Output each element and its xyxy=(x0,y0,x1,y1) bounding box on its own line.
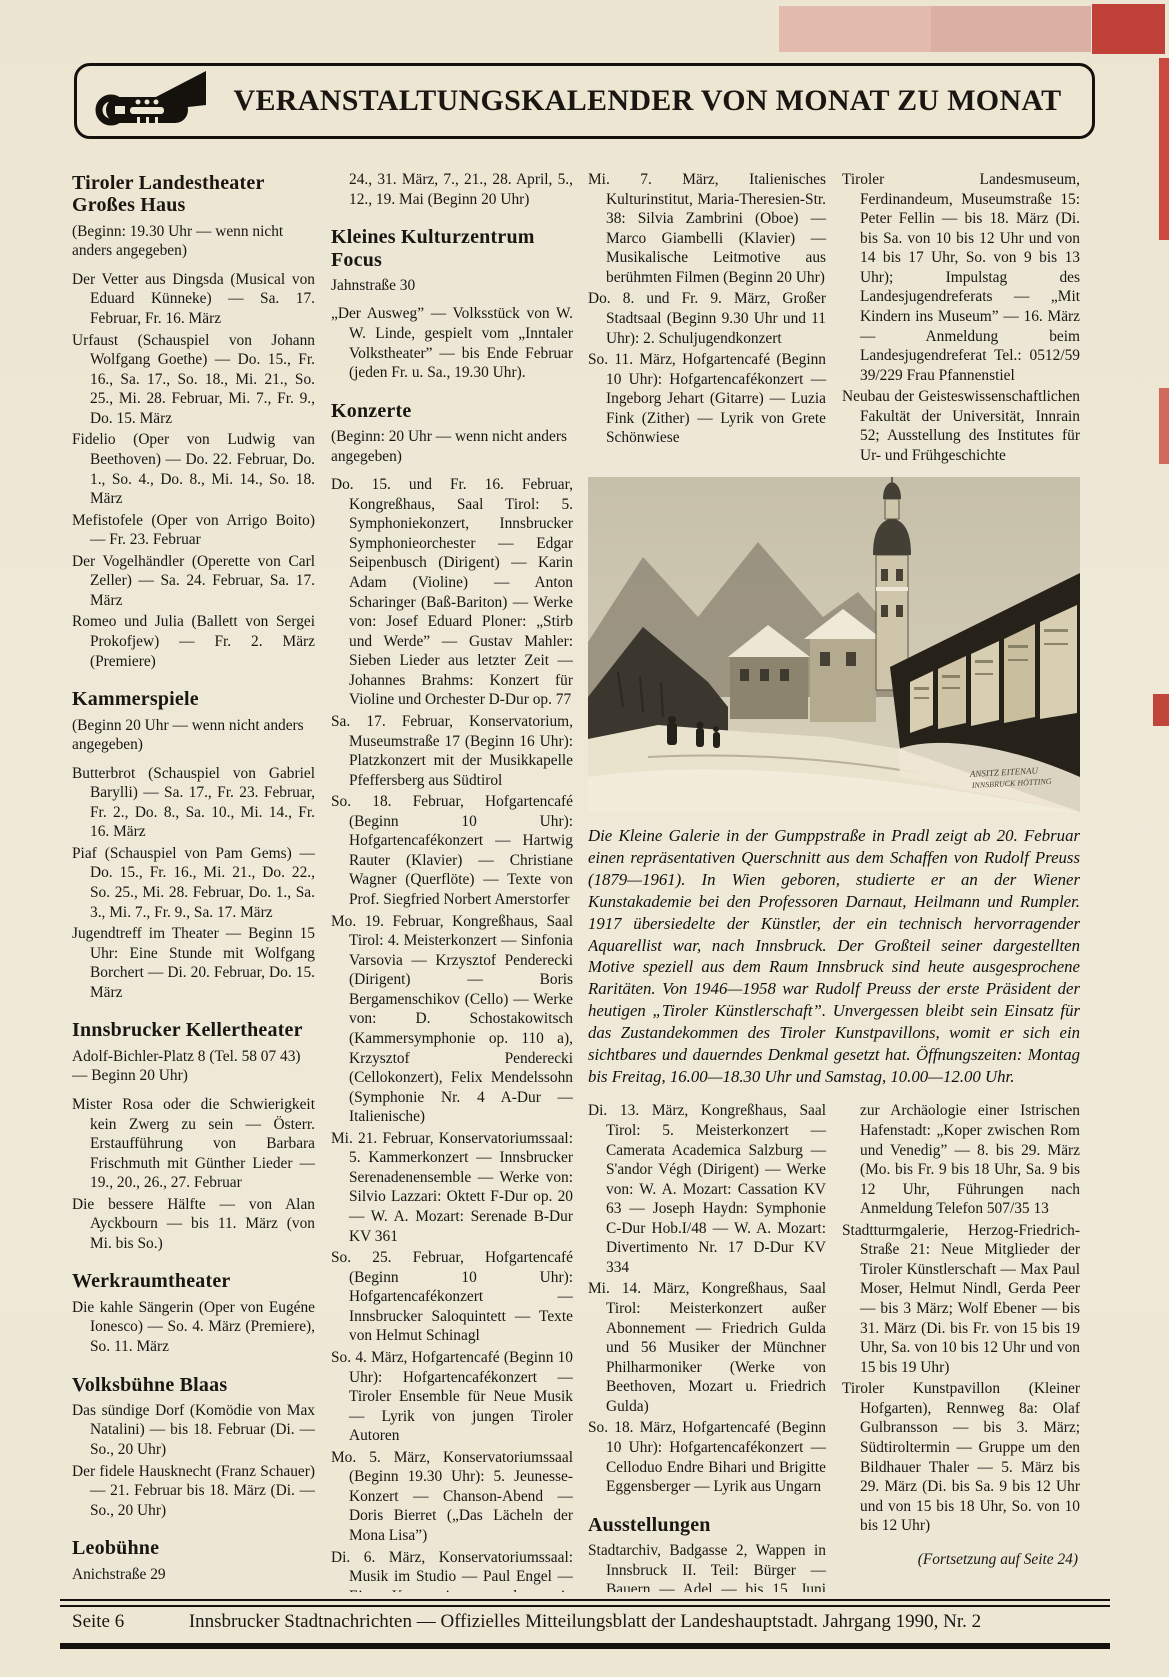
masthead: VERANSTALTUNGSKALENDER VON MONAT ZU MONA… xyxy=(74,63,1095,139)
page-number: Seite 6 xyxy=(72,1611,124,1633)
column-4-bottom: zur Archäologie einer Istrischen Hafenst… xyxy=(842,1101,1080,1592)
column-3-top: Mi. 7. März, Italienisches Kulturinstitu… xyxy=(588,170,826,467)
section-heading: Kammerspiele xyxy=(72,688,315,710)
section-werkraumtheater: Werkraumtheater Die kahle Sängerin (Oper… xyxy=(72,1270,315,1356)
scan-artifact xyxy=(1092,4,1165,54)
continuation-note: (Fortsetzung auf Seite 24) xyxy=(842,1550,1080,1570)
section-volksbuehne-blaas: Volksbühne Blaas Das sündige Dorf (Komöd… xyxy=(72,1374,315,1521)
event-entry: Fidelio (Oper von Ludwig van Beethoven) … xyxy=(72,430,315,508)
event-entry: Piaf (Schauspiel von Pam Gems) — Do. 15.… xyxy=(72,844,315,922)
section-note: (Beginn: 19.30 Uhr — wenn nicht anders a… xyxy=(72,222,315,261)
column-4-top: Tiroler Landesmuseum, Ferdinandeum, Muse… xyxy=(842,170,1080,467)
section-konzerte: Konzerte (Beginn: 20 Uhr — wenn nicht an… xyxy=(331,400,573,1592)
section-heading: Leobühne xyxy=(72,1537,315,1559)
section-kammerspiele: Kammerspiele (Beginn 20 Uhr — wenn nicht… xyxy=(72,688,315,1002)
columns-3-4: Mi. 7. März, Italienisches Kulturinstitu… xyxy=(588,170,1080,1592)
event-entry: Stadtarchiv, Badgasse 2, Wappen in Innsb… xyxy=(588,1541,826,1592)
event-entry: Mi. 7. März, Italienisches Kulturinstitu… xyxy=(588,170,826,287)
column-1: Tiroler Landestheater Großes Haus (Begin… xyxy=(72,170,315,1592)
event-entry: Jugendtreff im Theater — Beginn 15 Uhr: … xyxy=(72,924,315,1002)
column-2: 24., 31. März, 7., 21., 28. April, 5., 1… xyxy=(331,170,573,1592)
section-note: Jahnstraße 30 xyxy=(331,276,573,296)
event-entry: So. 11. März, Hofgartencafé (Beginn 10 U… xyxy=(588,350,826,448)
section-note: Anichstraße 29 xyxy=(72,1565,315,1585)
winter-painting-image: ANSITZ EITENAU INNSBRUCK HÖTTING xyxy=(588,477,1080,812)
section-leobuehne: Leobühne Anichstraße 29 „Die Verhängniss… xyxy=(72,1537,315,1592)
event-entry: Di. 6. März, Konservatoriumssaal: Musik … xyxy=(331,1548,573,1592)
section-heading: Volksbühne Blaas xyxy=(72,1374,315,1396)
scan-artifact xyxy=(931,6,1091,52)
column-3-bottom: Di. 13. März, Kongreßhaus, Saal Tirol: 5… xyxy=(588,1101,826,1592)
event-entry: So. 18. März, Hofgartencafé (Beginn 10 U… xyxy=(588,1418,826,1496)
section-heading: Konzerte xyxy=(331,400,573,422)
event-entry: Der Vetter aus Dingsda (Musical von Edua… xyxy=(72,270,315,329)
event-entry: Butterbrot (Schauspiel von Gabriel Baryl… xyxy=(72,764,315,842)
page-title: VERANSTALTUNGSKALENDER VON MONAT ZU MONA… xyxy=(229,84,1066,118)
painting-figure: ANSITZ EITENAU INNSBRUCK HÖTTING Die Kle… xyxy=(588,477,1080,1087)
event-entry: Romeo und Julia (Ballett von Sergei Prok… xyxy=(72,612,315,671)
event-entry: Mo. 5. März, Konservatoriumssaal (Beginn… xyxy=(331,1448,573,1546)
section-kellertheater: Innsbrucker Kellertheater Adolf-Bichler-… xyxy=(72,1019,315,1253)
footer-rule-thick xyxy=(60,1643,1110,1649)
event-entry: Sa. 17. Februar, Konservatorium, Museums… xyxy=(331,712,573,790)
event-entry: Mi. 14. März, Kongreßhaus, Saal Tirol: M… xyxy=(588,1279,826,1416)
event-entry: Do. 8. und Fr. 9. März, Großer Stadtsaal… xyxy=(588,289,826,348)
event-entry: Do. 15. und Fr. 16. Februar, Kongreßhaus… xyxy=(331,475,573,710)
event-entry: So. 18. Februar, Hofgartencafé (Beginn 1… xyxy=(331,792,573,909)
event-entry: Tiroler Kunstpavillon (Kleiner Hofgarten… xyxy=(842,1379,1080,1536)
section-heading: Kleines Kulturzentrum Focus xyxy=(331,226,573,271)
section-heading: Werkraumtheater xyxy=(72,1270,315,1292)
event-entry: Neubau der Geisteswissenschaftlichen Fak… xyxy=(842,387,1080,465)
upper-row: Mi. 7. März, Italienisches Kulturinstitu… xyxy=(588,170,1080,467)
event-entry: „Der Ausweg” — Volksstück von W. W. Lind… xyxy=(331,304,573,382)
section-heading-ausstellungen: Ausstellungen xyxy=(588,1514,826,1536)
footer-rule xyxy=(60,1605,1110,1607)
event-entry: Tiroler Landesmuseum, Ferdinandeum, Muse… xyxy=(842,170,1080,385)
event-entry: Der Vogelhändler (Operette von Carl Zell… xyxy=(72,552,315,611)
painting-caption: Die Kleine Galerie in der Gumppstraße in… xyxy=(588,825,1080,1087)
event-entry: So. 25. Februar, Hofgartencafé (Beginn 1… xyxy=(331,1248,573,1346)
scan-artifact xyxy=(1153,694,1169,726)
scan-artifact xyxy=(1159,388,1169,464)
section-note: (Beginn: 20 Uhr — wenn nicht anders ange… xyxy=(331,427,573,466)
event-entry: Stadtturmgalerie, Herzog-Friedrich-Straß… xyxy=(842,1221,1080,1378)
event-entry: Mefistofele (Oper von Arrigo Boito) — Fr… xyxy=(72,511,315,550)
event-entry: Di. 13. März, Kongreßhaus, Saal Tirol: 5… xyxy=(588,1101,826,1277)
section-note: (Beginn 20 Uhr — wenn nicht anders angeg… xyxy=(72,716,315,755)
event-entry: Die kahle Sängerin (Oper von Eugéne Ione… xyxy=(72,1298,315,1357)
entry-continuation: 24., 31. März, 7., 21., 28. April, 5., 1… xyxy=(331,170,573,209)
footer: Seite 6 Innsbrucker Stadtnachrichten — O… xyxy=(60,1611,1110,1633)
event-entry: Mi. 21. Februar, Konservatoriumssaal: 5.… xyxy=(331,1129,573,1246)
event-entry: Das sündige Dorf (Komödie von Max Natali… xyxy=(72,1401,315,1460)
section-heading: Innsbrucker Kellertheater xyxy=(72,1019,315,1041)
trumpet-icon xyxy=(77,69,229,133)
footer-rule xyxy=(60,1599,1110,1601)
event-entry: Die bessere Hälfte — von Alan Ayckbourn … xyxy=(72,1195,315,1254)
section-note: Adolf-Bichler-Platz 8 (Tel. 58 07 43) — … xyxy=(72,1047,315,1086)
publication-line: Innsbrucker Stadtnachrichten — Offiziell… xyxy=(60,1611,1110,1633)
entry-continuation: zur Archäologie einer Istrischen Hafenst… xyxy=(842,1101,1080,1218)
section-heading: Tiroler Landestheater Großes Haus xyxy=(72,172,315,217)
scan-artifact xyxy=(1159,58,1169,240)
event-entry: Mister Rosa oder die Schwierigkeit kein … xyxy=(72,1095,315,1193)
scan-artifact xyxy=(779,6,931,52)
section-kulturzentrum-focus: Kleines Kulturzentrum Focus Jahnstraße 3… xyxy=(331,226,573,383)
event-entry: Urfaust (Schauspiel von Johann Wolfgang … xyxy=(72,331,315,429)
lower-row: Di. 13. März, Kongreßhaus, Saal Tirol: 5… xyxy=(588,1101,1080,1592)
section-tiroler-landestheater: Tiroler Landestheater Großes Haus (Begin… xyxy=(72,172,315,671)
event-entry: So. 4. März, Hofgartencafé (Beginn 10 Uh… xyxy=(331,1348,573,1446)
event-entry: Mo. 19. Februar, Kongreßhaus, Saal Tirol… xyxy=(331,912,573,1127)
event-entry: Der fidele Hausknecht (Franz Schauer) — … xyxy=(72,1462,315,1521)
